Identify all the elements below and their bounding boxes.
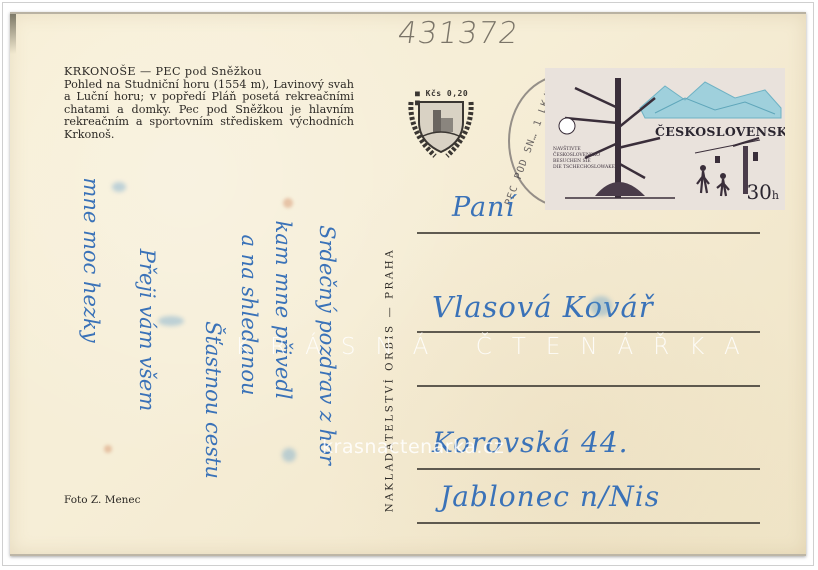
caption-body: Pohled na Studniční horu (1554 m), Lavin… [64,78,354,141]
ink-blot [112,182,126,192]
address-line [417,331,760,333]
ink-blot [158,316,184,326]
emblem-price: ■ Kčs 0,20 ■ [415,89,477,107]
emblem: ■ Kčs 0,20 ■ [405,88,477,158]
stamp-country: ČESKOSLOVENSKO [655,124,799,139]
svg-text:BESUCHEN SIE: BESUCHEN SIE [553,158,591,164]
postage-stamp: NAVŠTIVTE ČESKOSLOVENSKO BESUCHEN SIE DI… [545,68,785,210]
address-name: Vlasová Kovář [432,290,654,324]
ink-blot [282,448,296,462]
publisher-imprint: NAKLADATELSTVÍ ORBIS — PRAHA [380,226,400,534]
message-column: Šťastnou cestu [198,290,228,510]
ink-blot [590,296,612,316]
svg-text:NAVŠTIVTE: NAVŠTIVTE [553,144,581,152]
message-column: a na shledanou [234,230,264,400]
archive-number: 431372 [396,16,521,51]
stamp-value: 30h [746,180,779,204]
postmark-text: PEC POD SN… 1 LK/V [510,96,550,196]
address-line [417,468,760,470]
message-column: Srdečný pozdrav z hor [312,160,342,530]
caption: KRKONOŠE — PEC pod Sněžkou Pohled na Stu… [64,66,354,142]
message-column: mne moc hezky [76,170,106,350]
address-line [417,522,760,524]
message-column: Přeji vám všem [132,170,162,490]
address-salutation: Paní [452,192,515,223]
svg-text:DIE TSCHECHOSLOWAKEI: DIE TSCHECHOSLOWAKEI [553,164,617,170]
stain [104,445,112,453]
address-city: Jablonec n/Nis [440,480,660,513]
address-line [417,232,760,234]
stain [283,198,293,208]
address-street: Korovská 44. [432,426,629,459]
photo-credit: Foto Z. Menec [64,494,141,506]
corner-wear [10,14,16,54]
address-line [417,385,760,387]
